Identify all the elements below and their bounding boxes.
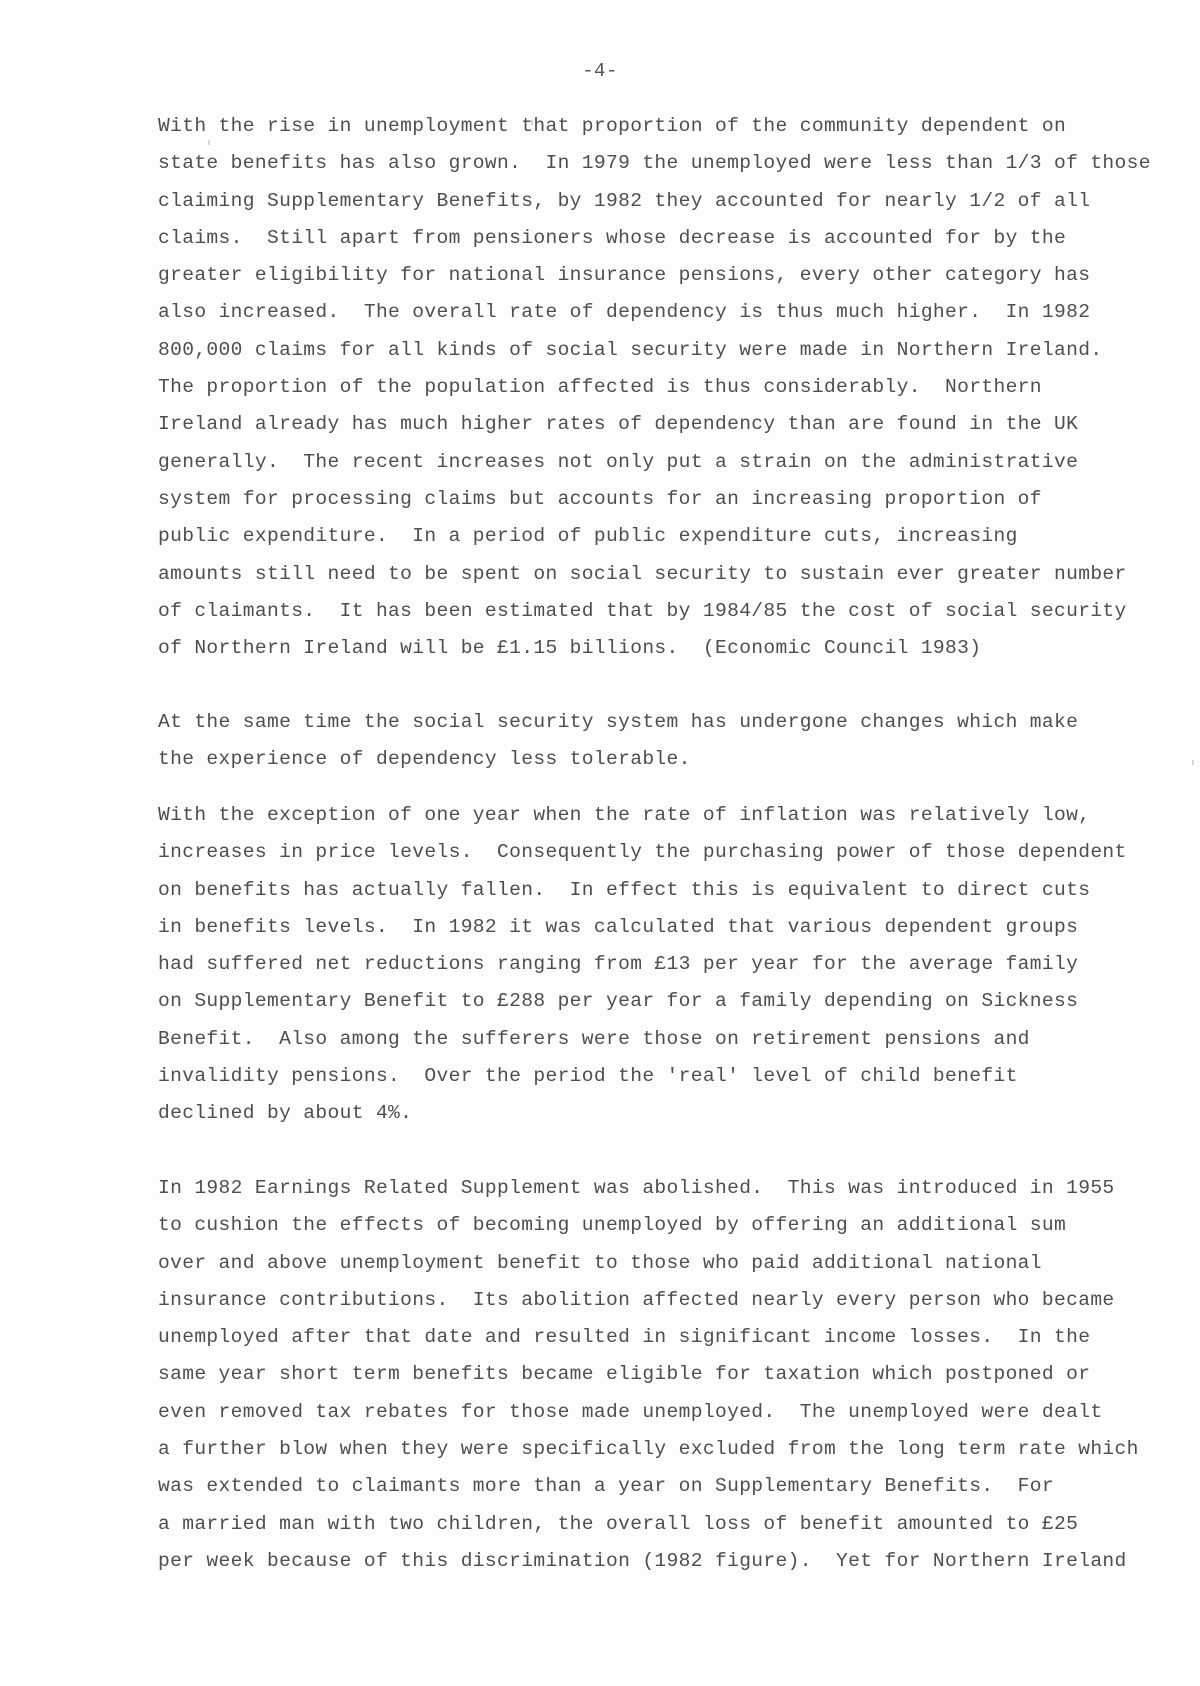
text-line: generally. The recent increases not only… <box>158 444 1168 481</box>
text-line: insurance contributions. Its abolition a… <box>158 1282 1168 1319</box>
text-line: a married man with two children, the ove… <box>158 1506 1168 1543</box>
text-line: 800,000 claims for all kinds of social s… <box>158 332 1168 369</box>
paragraph-dependency-rise: With the rise in unemployment that propo… <box>158 108 1168 667</box>
text-line: of Northern Ireland will be £1.15 billio… <box>158 630 1168 667</box>
text-line: claims. Still apart from pensioners whos… <box>158 220 1168 257</box>
text-line: in benefits levels. In 1982 it was calcu… <box>158 909 1168 946</box>
text-line: same year short term benefits became eli… <box>158 1356 1168 1393</box>
text-line: claiming Supplementary Benefits, by 1982… <box>158 183 1168 220</box>
text-line: even removed tax rebates for those made … <box>158 1394 1168 1431</box>
paragraph-earnings-related-supplement: In 1982 Earnings Related Supplement was … <box>158 1170 1168 1580</box>
text-line: also increased. The overall rate of depe… <box>158 294 1168 331</box>
text-line: In 1982 Earnings Related Supplement was … <box>158 1170 1168 1207</box>
text-line: over and above unemployment benefit to t… <box>158 1245 1168 1282</box>
text-line: was extended to claimants more than a ye… <box>158 1468 1168 1505</box>
text-line: public expenditure. In a period of publi… <box>158 518 1168 555</box>
scan-speck <box>531 120 533 125</box>
text-line: The proportion of the population affecte… <box>158 369 1168 406</box>
page-number: -4- <box>0 60 1200 82</box>
text-line: With the rise in unemployment that propo… <box>158 108 1168 145</box>
text-line: declined by about 4%. <box>158 1095 1168 1132</box>
text-line: Benefit. Also among the sufferers were t… <box>158 1021 1168 1058</box>
text-line: amounts still need to be spent on social… <box>158 556 1168 593</box>
text-line: At the same time the social security sys… <box>158 704 1168 741</box>
text-line: Ireland already has much higher rates of… <box>158 406 1168 443</box>
paragraph-inflation-effects: With the exception of one year when the … <box>158 797 1168 1133</box>
text-line: on Supplementary Benefit to £288 per yea… <box>158 983 1168 1020</box>
text-line: invalidity pensions. Over the period the… <box>158 1058 1168 1095</box>
scan-speck <box>208 140 210 145</box>
text-line: per week because of this discrimination … <box>158 1543 1168 1580</box>
text-line: increases in price levels. Consequently … <box>158 834 1168 871</box>
text-line: the experience of dependency less tolera… <box>158 741 1168 778</box>
text-line: greater eligibility for national insuran… <box>158 257 1168 294</box>
document-page: -4- With the rise in unemployment that p… <box>0 0 1200 1686</box>
text-line: of claimants. It has been estimated that… <box>158 593 1168 630</box>
text-line: to cushion the effects of becoming unemp… <box>158 1207 1168 1244</box>
text-line: With the exception of one year when the … <box>158 797 1168 834</box>
text-line: on benefits has actually fallen. In effe… <box>158 872 1168 909</box>
text-line: unemployed after that date and resulted … <box>158 1319 1168 1356</box>
text-line: had suffered net reductions ranging from… <box>158 946 1168 983</box>
paragraph-system-changes: At the same time the social security sys… <box>158 704 1168 779</box>
text-line: state benefits has also grown. In 1979 t… <box>158 145 1168 182</box>
text-line: system for processing claims but account… <box>158 481 1168 518</box>
text-line: a further blow when they were specifical… <box>158 1431 1168 1468</box>
scan-speck <box>1192 760 1194 765</box>
